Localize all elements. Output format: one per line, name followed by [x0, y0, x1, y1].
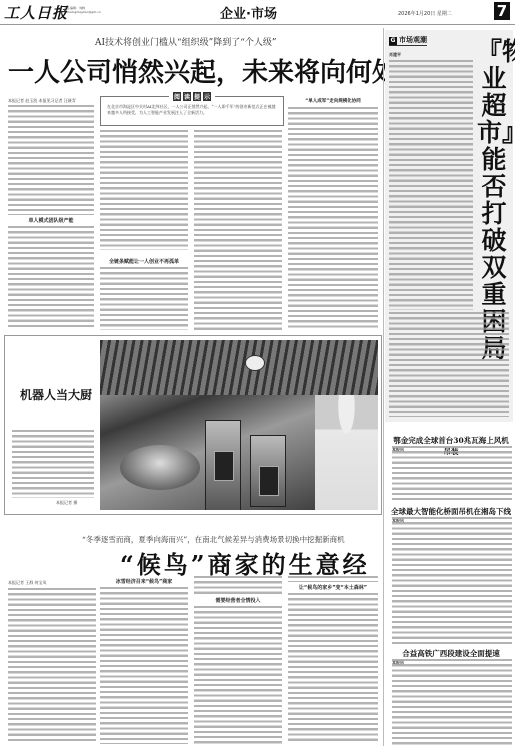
- brief-body-2: [392, 517, 512, 645]
- lead-column-2: [100, 130, 188, 250]
- lead-column-3: [194, 130, 282, 330]
- lead-byline: 本报记者 赵玉凯 本报见习记者 汪筱青: [8, 98, 76, 104]
- second-column-2: [100, 587, 188, 744]
- commentary-body-wide: [389, 312, 509, 417]
- issue-date: 2026年1月20日 星期二: [398, 10, 452, 17]
- photo-caption: [12, 430, 94, 498]
- second-byline: 本报记者 王群 何宝凤: [8, 580, 47, 586]
- lead-column-2b: [100, 267, 188, 330]
- chef-figure: [315, 395, 378, 510]
- second-column-4a: [288, 576, 378, 582]
- logo-subtitle: 责任编辑：刘晓 E-mail:grbqyhsc@grb.cn: [64, 6, 101, 14]
- second-subhead-1: 冰雪经济召来“候鸟”商家: [100, 578, 188, 585]
- reading-tips-body: 在北京市海淀区中关村AI北纬社区，一人公司正悄然兴起，“一人即千军”的创业新范式…: [107, 104, 277, 116]
- second-column-4: [288, 593, 378, 744]
- commentary-body: [389, 60, 473, 310]
- robot-screen: [259, 466, 279, 496]
- page-number: 7: [494, 2, 510, 20]
- lead-subhead-2: 全链条赋能让一人创业不再孤单: [100, 258, 188, 265]
- brief-body-3: [392, 659, 512, 745]
- market-commentary-sidebar: G市场观潮 肖建平 『物业超市』能否打破双重困局: [385, 30, 513, 422]
- lead-subhead-3: “单人成军”走向规模化协同: [288, 98, 378, 104]
- security-camera: [245, 355, 265, 371]
- column-name: 市场观潮: [399, 36, 427, 44]
- photo-credit: 本报记者 摄: [56, 500, 77, 506]
- lead-kicker: AI技术将创业门槛从“组织级”降到了“个人级”: [95, 35, 276, 48]
- second-column-3a: [194, 576, 282, 594]
- brief-headline-2: 全球最大智能化桥面吊机在湘岛下线: [390, 506, 512, 517]
- wok-pot: [120, 445, 200, 490]
- tips-char: 提: [193, 92, 201, 101]
- lead-column-4: [288, 107, 378, 330]
- second-subhead-2: 需要经营者全情投入: [194, 597, 282, 604]
- tips-char: 读: [183, 92, 191, 101]
- masthead: 工人日报 责任编辑：刘晓 E-mail:grbqyhsc@grb.cn 企业·市…: [0, 0, 515, 25]
- section-title: 企业·市场: [220, 3, 277, 22]
- tips-char: 示: [203, 92, 211, 101]
- kitchen-robot-photo: [100, 340, 378, 510]
- lead-column-1b: [8, 226, 94, 330]
- range-hood: [100, 340, 378, 395]
- brief-headline-3: 合益高铁广西段建设全面提速: [390, 648, 512, 659]
- robot-screen: [214, 451, 234, 481]
- column-header: G市场观潮: [389, 35, 427, 46]
- newspaper-logo: 工人日报: [4, 2, 68, 23]
- second-kicker: “冬季逐雪而商，夏季向海而兴”，在南北气候差异与消费场景切换中挖掘新商机: [82, 534, 345, 545]
- second-subhead-3: 让“候鸟的家乡”变“本土森林”: [288, 584, 378, 591]
- column-author: 肖建平: [389, 52, 401, 58]
- column-icon: G: [389, 37, 397, 45]
- photo-feature-title: 机器人当大厨: [20, 386, 92, 403]
- lead-column-1: [8, 105, 94, 215]
- cooking-robot: [205, 420, 241, 510]
- second-column-1: [8, 588, 96, 744]
- reading-tips-box: 阅读提示 在北京市海淀区中关村AI北纬社区，一人公司正悄然兴起，“一人即千军”的…: [100, 96, 284, 126]
- column-divider: [383, 28, 384, 746]
- tips-char: 阅: [173, 92, 181, 101]
- brief-body-1: [392, 446, 512, 502]
- lead-subhead-1: 单人模式团队级产能: [8, 217, 94, 224]
- cooking-robot: [250, 435, 286, 507]
- second-headline: “候鸟”商家的生意经: [120, 545, 370, 580]
- email-line: E-mail:grbqyhsc@grb.cn: [64, 10, 101, 14]
- second-column-3: [194, 606, 282, 744]
- reading-tips-title: 阅读提示: [169, 92, 215, 101]
